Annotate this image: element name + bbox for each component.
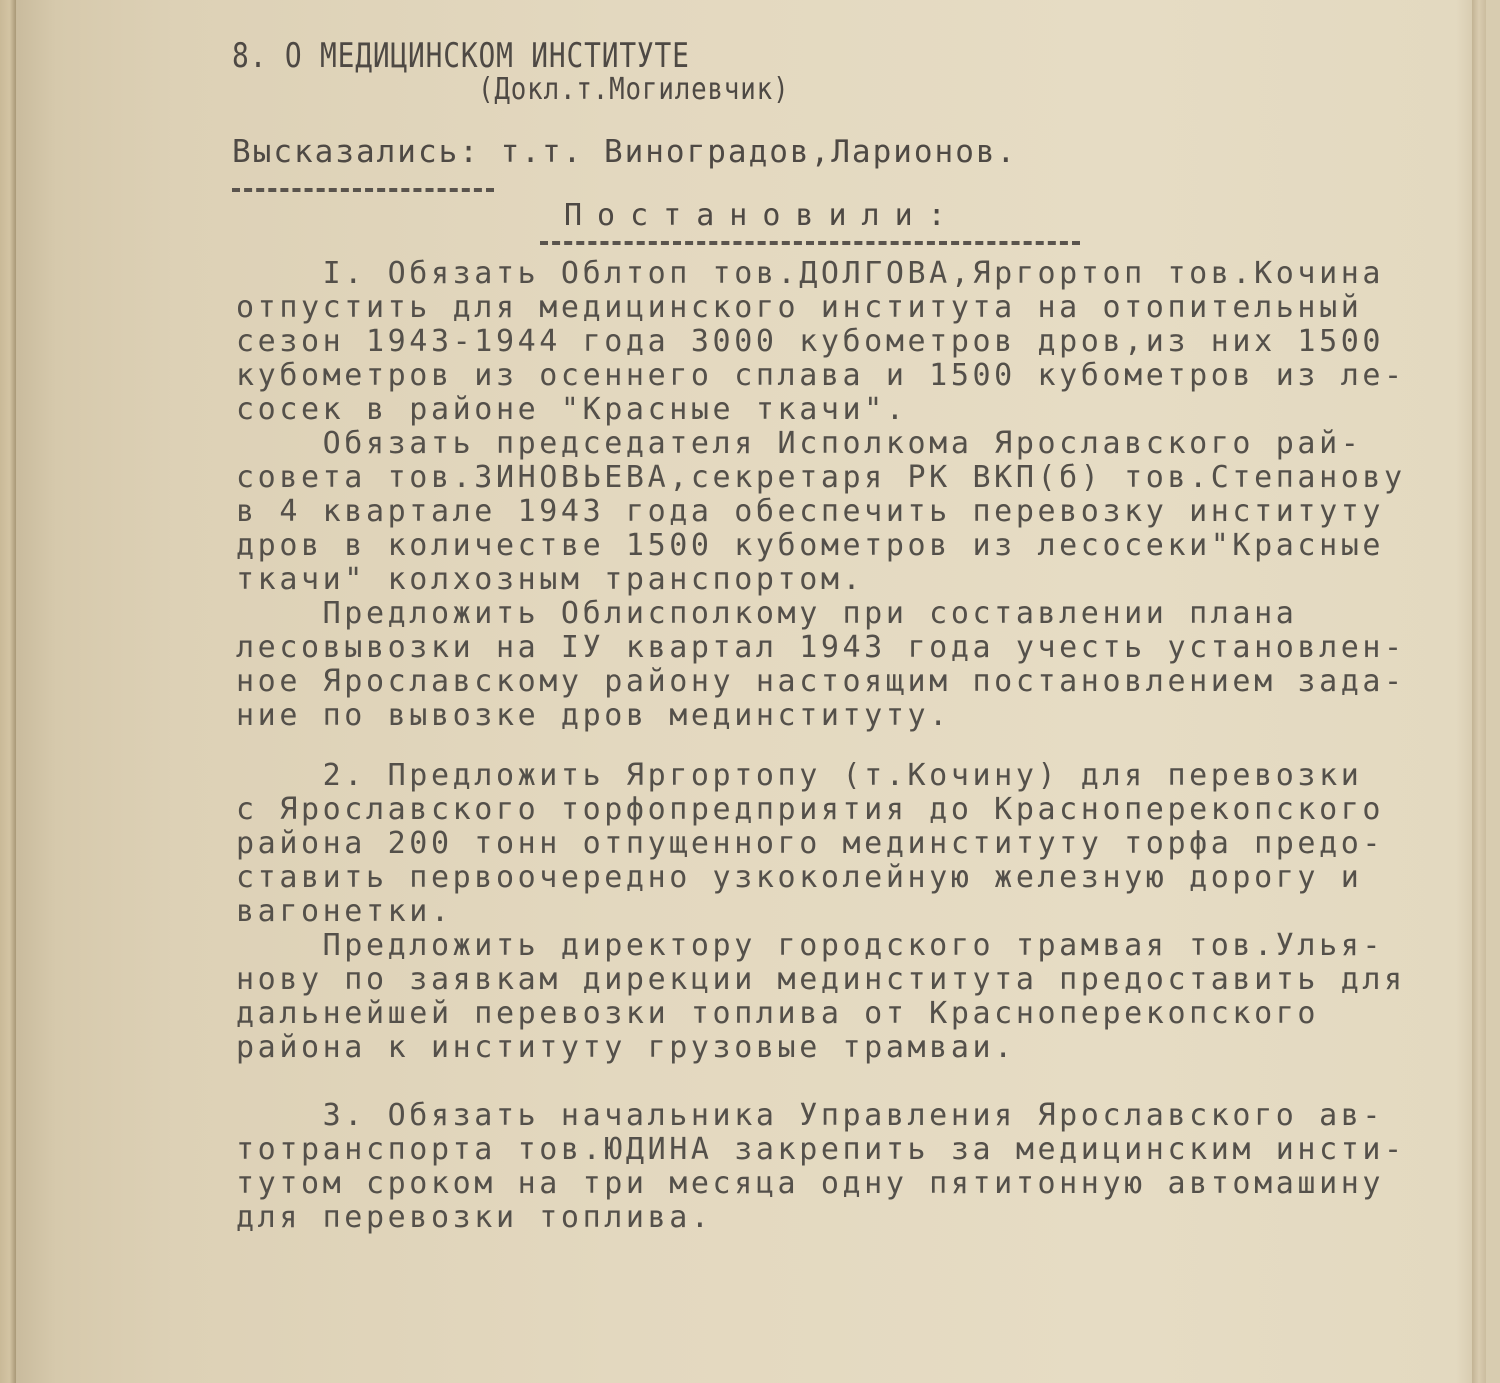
text-line: Предложить Облисполкому при составлении … <box>236 596 1297 631</box>
text-line: нову по заявкам дирекции мединститута пр… <box>236 962 1406 997</box>
text-line: тотранспорта тов.ЮДИНА закрепить за меди… <box>236 1132 1406 1167</box>
text-line: отпустить для медицинского института на … <box>236 290 1362 325</box>
text-line: Предложить директору городского трамвая … <box>236 928 1384 963</box>
text-line: вагонетки. <box>236 894 453 929</box>
resolved-underline <box>540 241 1080 245</box>
section-heading: 8. О МЕДИЦИНСКОМ ИНСТИТУТЕ <box>232 36 690 76</box>
speakers-line: Высказались: т.т. Виноградов,Ларионов. <box>232 134 1017 170</box>
text-line: Обязать председателя Исполкома Ярославск… <box>236 426 1362 461</box>
resolved-label: Постановили: <box>564 198 961 233</box>
page-right-edge <box>1472 0 1486 1383</box>
text-line: ставить первоочередно узкоколейную желез… <box>236 860 1362 895</box>
speakers-underline <box>232 188 494 192</box>
text-line: района к институту грузовые трамваи. <box>236 1030 1016 1065</box>
text-line: 2. Предложить Яргортопу (т.Кочину) для п… <box>236 758 1362 793</box>
text-line: тутом сроком на три месяца одну пятитонн… <box>236 1166 1384 1201</box>
text-line: дров в количестве 1500 кубометров из лес… <box>236 528 1384 563</box>
text-line: сезон 1943-1944 года 3000 кубометров дро… <box>236 324 1384 359</box>
text-line: для перевозки топлива. <box>236 1200 713 1235</box>
text-line: в 4 квартале 1943 года обеспечить перево… <box>236 494 1384 529</box>
text-line: кубометров из осеннего сплава и 1500 куб… <box>236 358 1406 393</box>
text-line: I. Обязать Облтоп тов.ДОЛГОВА,Яргортоп т… <box>236 256 1384 291</box>
text-line: лесовывозки на IУ квартал 1943 года учес… <box>236 630 1406 665</box>
text-line: ное Ярославскому району настоящим постан… <box>236 664 1406 699</box>
text-line: сосек в районе "Красные ткачи". <box>236 392 908 427</box>
text-line: совета тов.ЗИНОВЬЕВА,секретаря РК ВКП(б)… <box>236 460 1406 495</box>
text-line: с Ярославского торфопредприятия до Красн… <box>236 792 1384 827</box>
text-line: ние по вывозке дров мединституту. <box>236 698 951 733</box>
page-binding-edge <box>0 0 16 1383</box>
text-line: дальнейшей перевозки топлива от Краснoпе… <box>236 996 1319 1031</box>
reporter-note: (Докл.т.Могилевчик) <box>478 72 789 107</box>
text-line: ткачи" колхозным транспортом. <box>236 562 864 597</box>
text-line: района 200 тонн отпущенного мединституту… <box>236 826 1384 861</box>
text-line: 3. Обязать начальника Управления Ярослав… <box>236 1098 1384 1133</box>
